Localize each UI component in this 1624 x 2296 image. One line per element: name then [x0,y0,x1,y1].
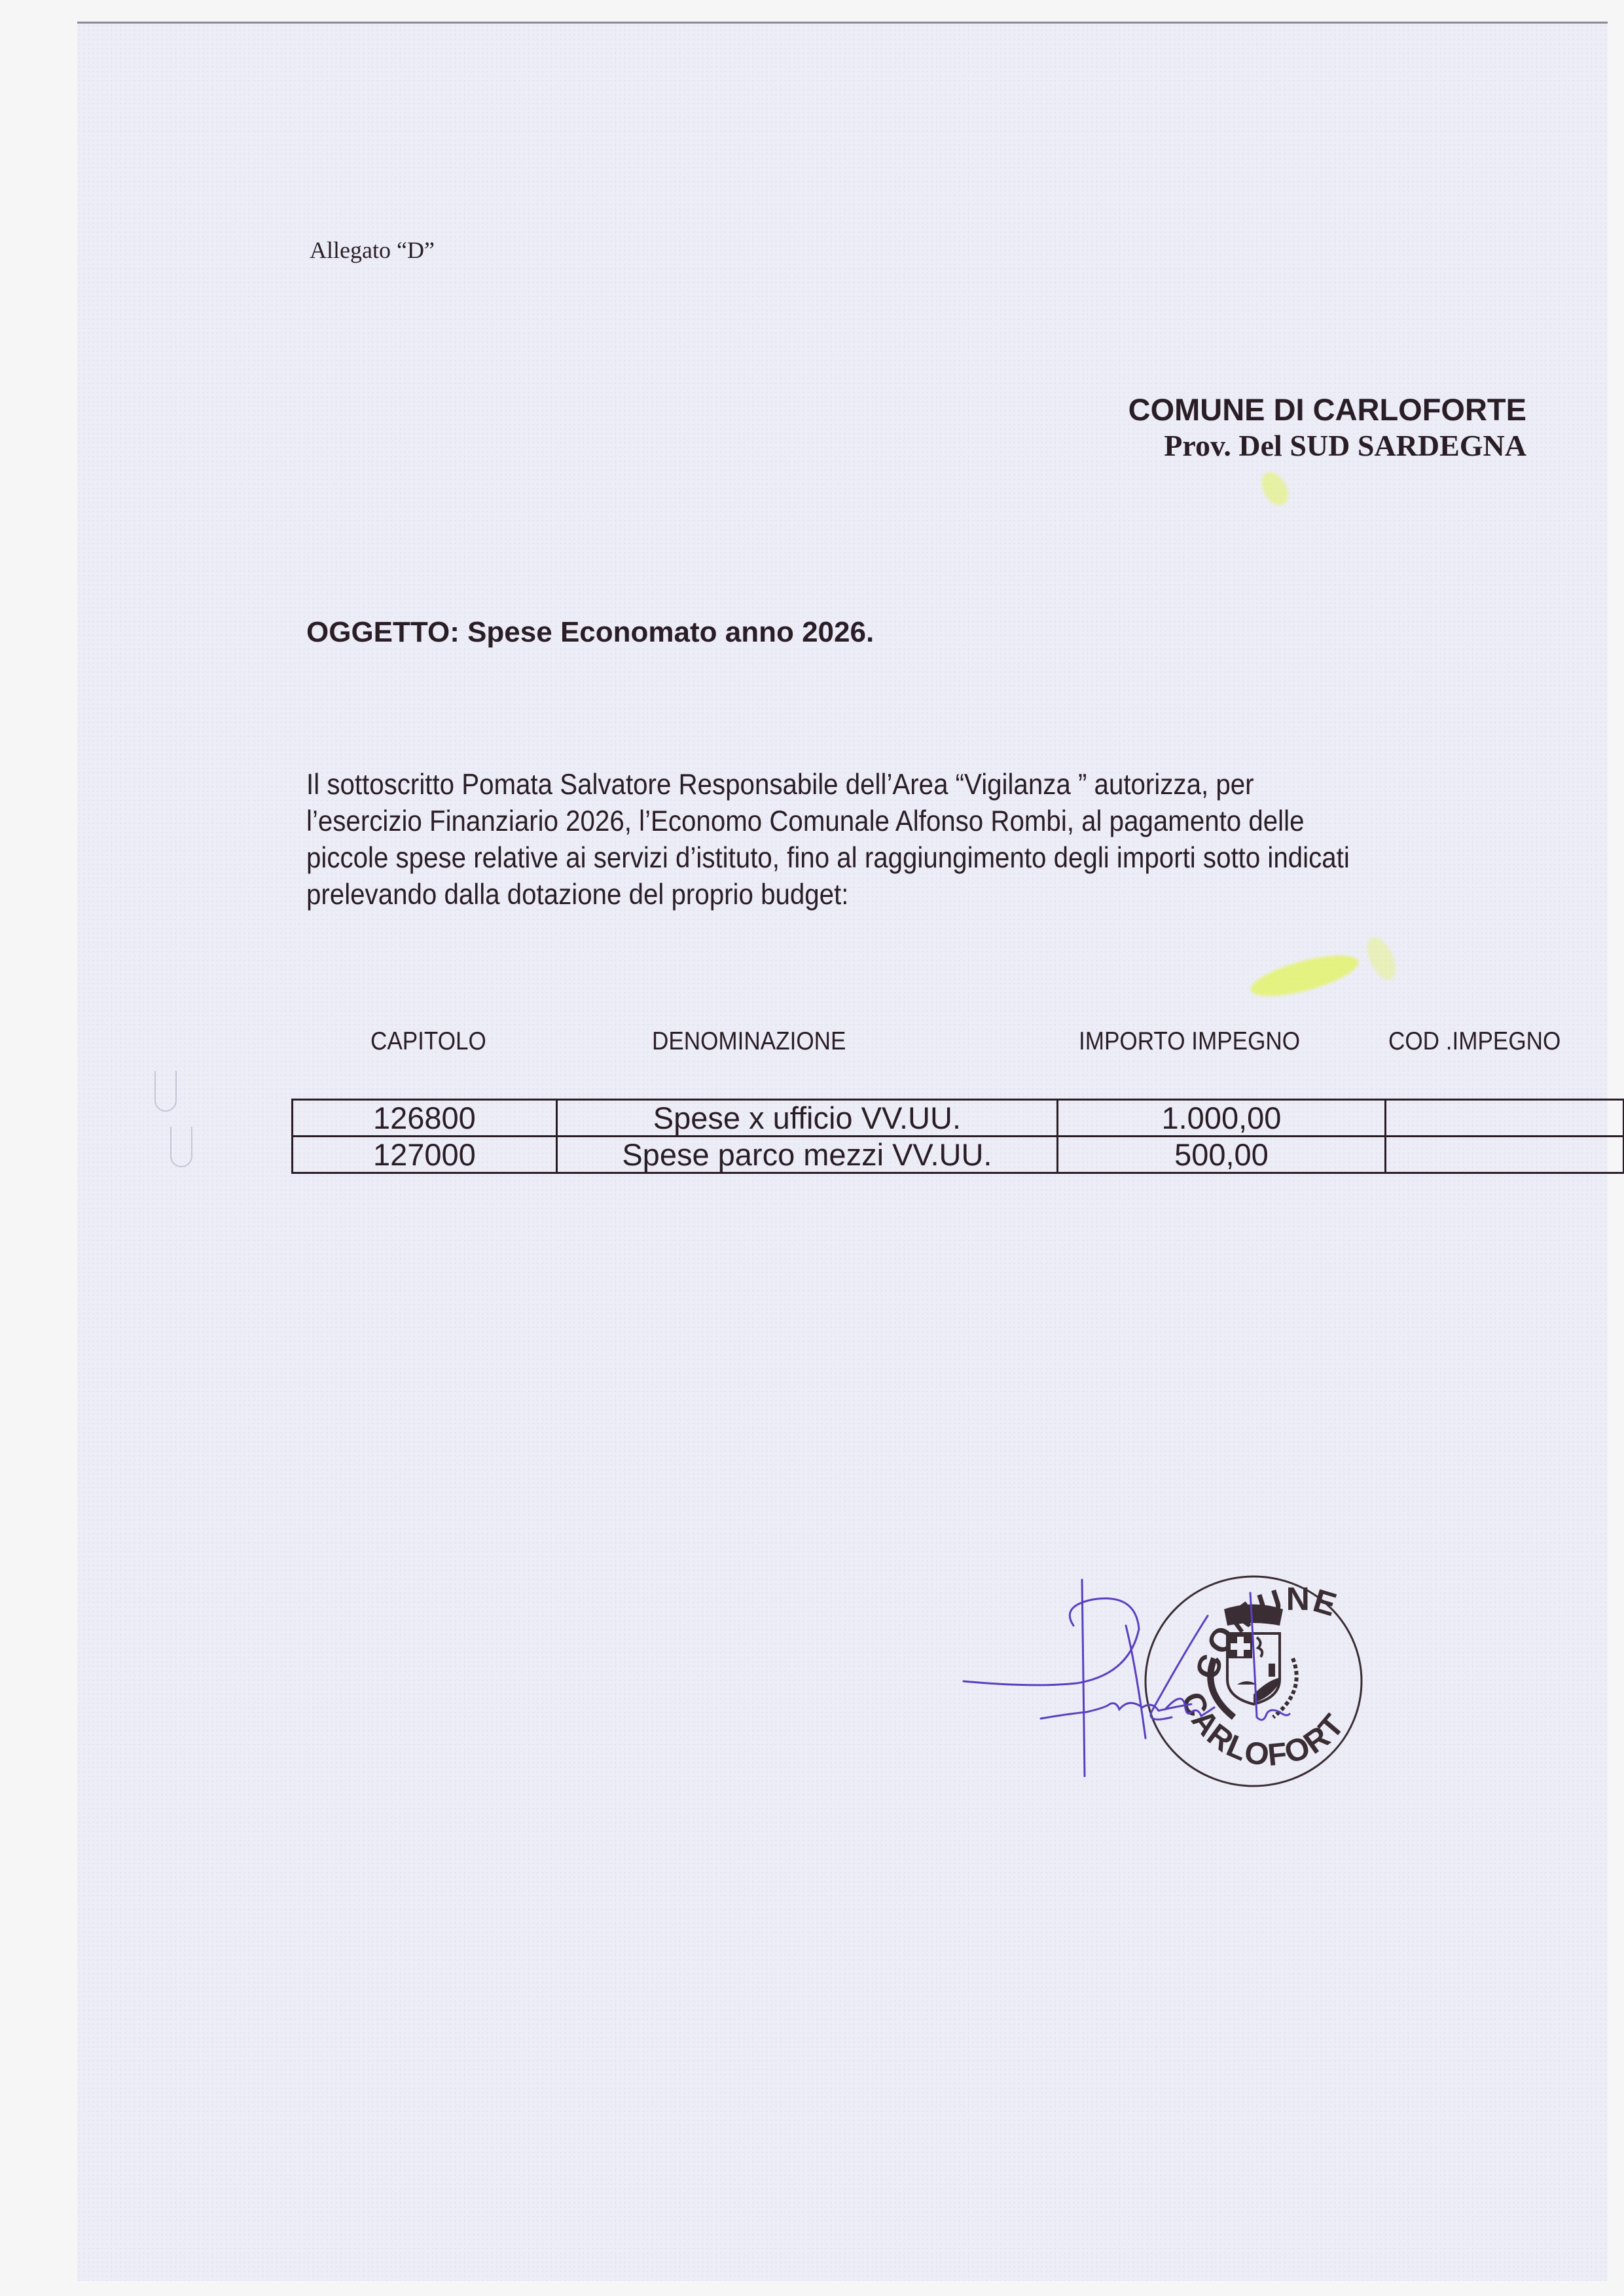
authorization-paragraph: Il sottoscritto Pomata Salvatore Respons… [306,767,1624,913]
cell-cod-impegno [1385,1100,1623,1137]
subject-line: OGGETTO: Spese Economato anno 2026. [306,616,874,649]
table-column-headers: CAPITOLO DENOMINAZIONE IMPORTO IMPEGNO C… [77,1027,1608,1060]
cell-capitolo: 127000 [293,1137,557,1173]
document-page: Allegato “D” COMUNE DI CARLOFORTE Prov. … [77,22,1608,2281]
highlighter-mark [1256,467,1294,510]
stamp-and-signature: COMUNE DI CARLOFORTE [956,1567,1571,1789]
municipality-header: COMUNE DI CARLOFORTE Prov. Del SUD SARDE… [1128,392,1526,464]
attachment-label: Allegato “D” [310,236,435,264]
cell-denominazione: Spese parco mezzi VV.UU. [556,1137,1057,1173]
table-row: 127000 Spese parco mezzi VV.UU. 500,00 [293,1137,1624,1173]
highlighter-mark [1362,933,1401,984]
column-header-importo: IMPORTO IMPEGNO [1079,1027,1300,1056]
cell-capitolo: 126800 [293,1100,557,1137]
column-header-cod-impegno: COD .IMPEGNO [1388,1027,1561,1056]
province-name: Prov. Del SUD SARDEGNA [1128,428,1526,464]
cell-denominazione: Spese x ufficio VV.UU. [556,1100,1057,1137]
pencil-mark [154,1071,177,1112]
column-header-denominazione: DENOMINAZIONE [652,1027,846,1056]
cell-cod-impegno [1385,1137,1623,1173]
cell-importo: 500,00 [1058,1137,1386,1173]
handwritten-signature-icon [956,1567,1571,1789]
column-header-capitolo: CAPITOLO [370,1027,486,1056]
table-row: 126800 Spese x ufficio VV.UU. 1.000,00 [293,1100,1624,1137]
cell-importo: 1.000,00 [1058,1100,1386,1137]
pencil-mark [170,1127,192,1167]
highlighter-mark [1247,947,1362,1004]
budget-table: 126800 Spese x ufficio VV.UU. 1.000,00 1… [291,1099,1624,1174]
municipality-name: COMUNE DI CARLOFORTE [1128,392,1526,428]
